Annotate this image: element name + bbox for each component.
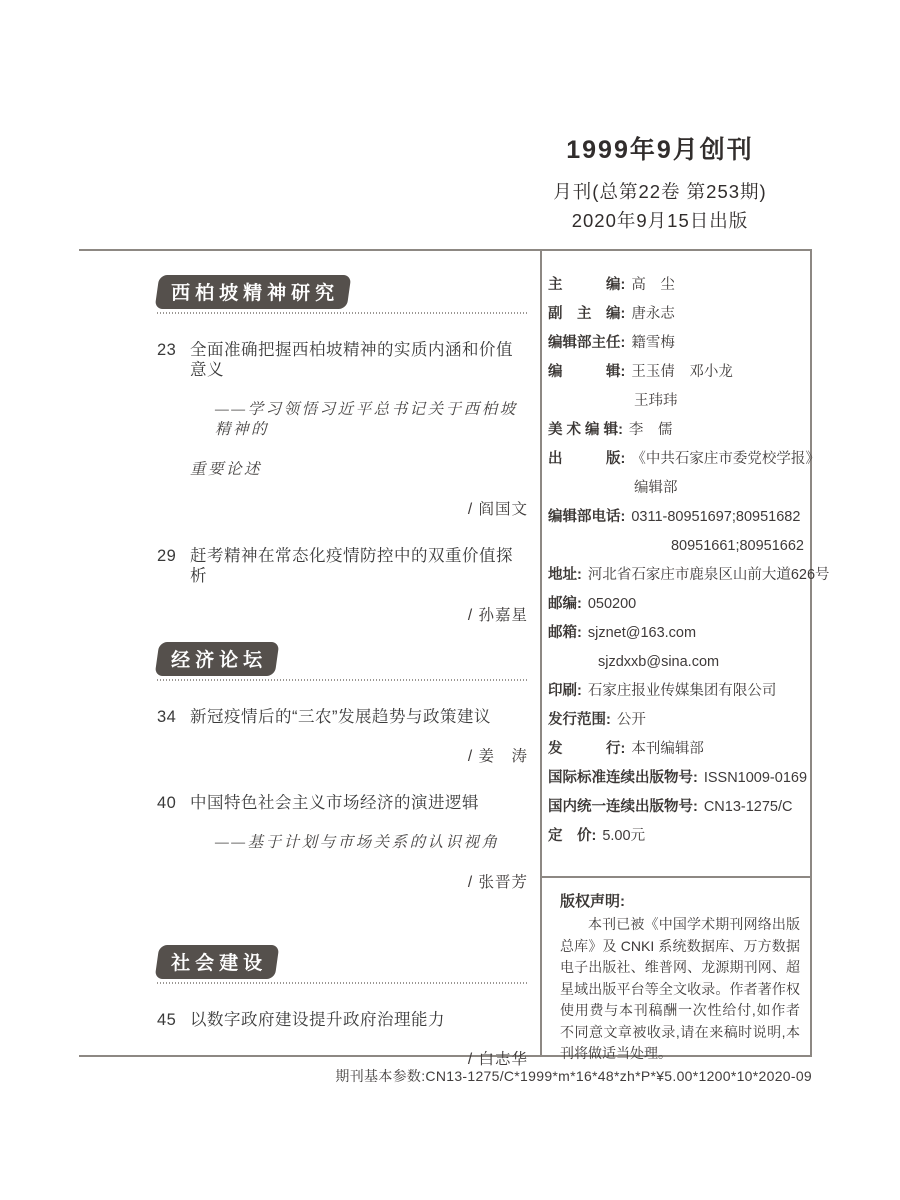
masthead-value: 王玮玮 (634, 393, 678, 409)
masthead-row: 邮箱:sjznet@163.com (548, 619, 808, 648)
toc-author: / 孙嘉星 (157, 606, 528, 626)
masthead-value: 籍雪梅 (631, 335, 675, 351)
section-badge: 西柏坡精神研究 (155, 275, 352, 309)
section-badge-label: 西柏坡精神研究 (171, 278, 339, 305)
masthead-row: 出 版:《中共石家庄市委党校学报》 (548, 445, 808, 474)
masthead-column: 主 编:高 尘副 主 编:唐永志编辑部主任:籍雪梅编 辑:王玉倩 邓小龙王玮玮美… (540, 249, 812, 1057)
masthead-value: 《中共石家庄市委党校学报》 (631, 451, 820, 467)
masthead-row: 国内统一连续出版物号:CN13-1275/C (548, 793, 808, 822)
copyright-body: 本刊已被《中国学术期刊网络出版总库》及 CNKI 系统数据库、万方数据电子出版社… (560, 914, 800, 1065)
toc-author: / 阎国文 (157, 500, 528, 520)
section-badge: 社会建设 (155, 945, 280, 979)
toc-section: 西柏坡精神研究23全面准确把握西柏坡精神的实质内涵和价值意义——学习领悟习近平总… (157, 275, 528, 626)
masthead-value: sjzdxxb@sina.com (598, 654, 719, 670)
section-badge-row: 经济论坛 (157, 642, 528, 676)
masthead-row: 发 行:本刊编辑部 (548, 735, 808, 764)
masthead-value: 王玉倩 邓小龙 (631, 364, 733, 380)
masthead-value: CN13-1275/C (704, 799, 793, 815)
toc-section: 经济论坛34新冠疫情后的“三农”发展趋势与政策建议/ 姜 涛40中国特色社会主义… (157, 642, 528, 893)
masthead-label: 邮箱: (548, 625, 582, 641)
masthead-value: 公开 (617, 712, 646, 728)
masthead-info: 主 编:高 尘副 主 编:唐永志编辑部主任:籍雪梅编 辑:王玉倩 邓小龙王玮玮美… (542, 249, 812, 876)
masthead-value: 编辑部 (634, 480, 678, 496)
masthead-label: 国际标准连续出版物号: (548, 770, 698, 786)
masthead-label: 邮编: (548, 596, 582, 612)
masthead-label: 地址: (548, 567, 582, 583)
masthead-row: 地址:河北省石家庄市鹿泉区山前大道626号 (548, 561, 808, 590)
toc-article: 45以数字政府建设提升政府治理能力 (157, 1010, 528, 1030)
masthead-row: 印刷:石家庄报业传媒集团有限公司 (548, 677, 808, 706)
masthead-label: 编 辑: (548, 364, 625, 380)
copyright-box: 版权声明: 本刊已被《中国学术期刊网络出版总库》及 CNKI 系统数据库、万方数… (542, 876, 812, 1057)
dotted-rule (157, 679, 528, 681)
masthead-row: 邮编:050200 (548, 590, 808, 619)
masthead-value: 050200 (588, 596, 636, 612)
toc-article-title: 以数字政府建设提升政府治理能力 (190, 1010, 445, 1030)
toc-article: 23全面准确把握西柏坡精神的实质内涵和价值意义 (157, 340, 528, 380)
toc-page-number: 45 (157, 1010, 190, 1030)
masthead-label: 定 价: (548, 828, 596, 844)
masthead-value: 80951661;80951662 (671, 538, 804, 554)
masthead-value: 本刊编辑部 (631, 741, 704, 757)
masthead-value: 5.00元 (602, 828, 645, 844)
masthead-label: 印刷: (548, 683, 582, 699)
masthead-value: 河北省石家庄市鹿泉区山前大道626号 (588, 567, 830, 583)
masthead-label: 副 主 编: (548, 306, 625, 322)
masthead-label: 主 编: (548, 277, 625, 293)
toc-article-title: 全面准确把握西柏坡精神的实质内涵和价值意义 (190, 340, 528, 380)
publish-date: 2020年9月15日出版 (460, 206, 860, 235)
issue-info: 月刊(总第22卷 第253期) (460, 177, 860, 206)
toc-article-title: 赶考精神在常态化疫情防控中的双重价值探析 (190, 546, 528, 586)
toc-subtitle: ——学习领悟习近平总书记关于西柏坡精神的 (157, 400, 528, 440)
masthead-row: 美 术 编 辑:李 儒 (548, 416, 808, 445)
issue-header: 1999年9月创刊 月刊(总第22卷 第253期) 2020年9月15日出版 (460, 130, 860, 235)
masthead-value: 高 尘 (631, 277, 675, 293)
masthead-value: 李 儒 (629, 422, 673, 438)
masthead-row: 编辑部 (548, 474, 808, 503)
masthead-label: 出 版: (548, 451, 625, 467)
masthead-label: 发行范围: (548, 712, 611, 728)
toc-page-number: 23 (157, 340, 190, 380)
toc-author: / 姜 涛 (157, 747, 528, 767)
masthead-row: 国际标准连续出版物号:ISSN1009-0169 (548, 764, 808, 793)
section-badge-row: 社会建设 (157, 945, 528, 979)
masthead-row: 副 主 编:唐永志 (548, 300, 808, 329)
toc-author: / 张晋芳 (157, 873, 528, 893)
masthead-value: ISSN1009-0169 (704, 770, 807, 786)
toc-page-number: 40 (157, 793, 190, 813)
copyright-title: 版权声明: (560, 890, 800, 914)
masthead-value: sjznet@163.com (588, 625, 696, 641)
masthead-label: 国内统一连续出版物号: (548, 799, 698, 815)
toc-page-number: 29 (157, 546, 190, 586)
masthead-value: 唐永志 (631, 306, 675, 322)
masthead-value: 石家庄报业传媒集团有限公司 (588, 683, 777, 699)
toc-article-title: 中国特色社会主义市场经济的演进逻辑 (190, 793, 479, 813)
toc-page-number: 34 (157, 707, 190, 727)
masthead-label: 发 行: (548, 741, 625, 757)
masthead-row: 编辑部主任:籍雪梅 (548, 329, 808, 358)
toc-sections: 西柏坡精神研究23全面准确把握西柏坡精神的实质内涵和价值意义——学习领悟习近平总… (157, 251, 528, 1070)
dotted-rule (157, 312, 528, 314)
dotted-rule (157, 982, 528, 984)
journal-toc-page: 1999年9月创刊 月刊(总第22卷 第253期) 2020年9月15日出版 西… (0, 0, 900, 1200)
toc-article: 40中国特色社会主义市场经济的演进逻辑 (157, 793, 528, 813)
toc-section: 社会建设45以数字政府建设提升政府治理能力/ 白志华 (157, 945, 528, 1070)
toc-subtitle: ——基于计划与市场关系的认识视角 (157, 833, 528, 853)
masthead-row: 80951661;80951662 (548, 532, 808, 561)
masthead-label: 编辑部主任: (548, 335, 625, 351)
toc-article-title: 新冠疫情后的“三农”发展趋势与政策建议 (190, 707, 491, 727)
masthead-row: sjzdxxb@sina.com (548, 648, 808, 677)
masthead-row: 编辑部电话:0311-80951697;80951682 (548, 503, 808, 532)
toc-article: 29赶考精神在常态化疫情防控中的双重价值探析 (157, 546, 528, 586)
toc-article: 34新冠疫情后的“三农”发展趋势与政策建议 (157, 707, 528, 727)
masthead-value: 0311-80951697;80951682 (631, 509, 800, 525)
section-badge-row: 西柏坡精神研究 (157, 275, 528, 309)
founded-date: 1999年9月创刊 (460, 130, 860, 166)
section-badge-label: 经济论坛 (171, 645, 267, 672)
journal-parameters: 期刊基本参数:CN13-1275/C*1999*m*16*48*zh*P*¥5.… (79, 1066, 812, 1086)
toc-subtitle: 重要论述 (157, 460, 528, 480)
masthead-label: 美 术 编 辑: (548, 422, 623, 438)
masthead-label: 编辑部电话: (548, 509, 625, 525)
section-badge-label: 社会建设 (171, 948, 267, 975)
section-badge: 经济论坛 (155, 642, 280, 676)
masthead-row: 王玮玮 (548, 387, 808, 416)
masthead-row: 发行范围:公开 (548, 706, 808, 735)
masthead-row: 编 辑:王玉倩 邓小龙 (548, 358, 808, 387)
masthead-row: 主 编:高 尘 (548, 271, 808, 300)
masthead-row: 定 价:5.00元 (548, 822, 808, 851)
